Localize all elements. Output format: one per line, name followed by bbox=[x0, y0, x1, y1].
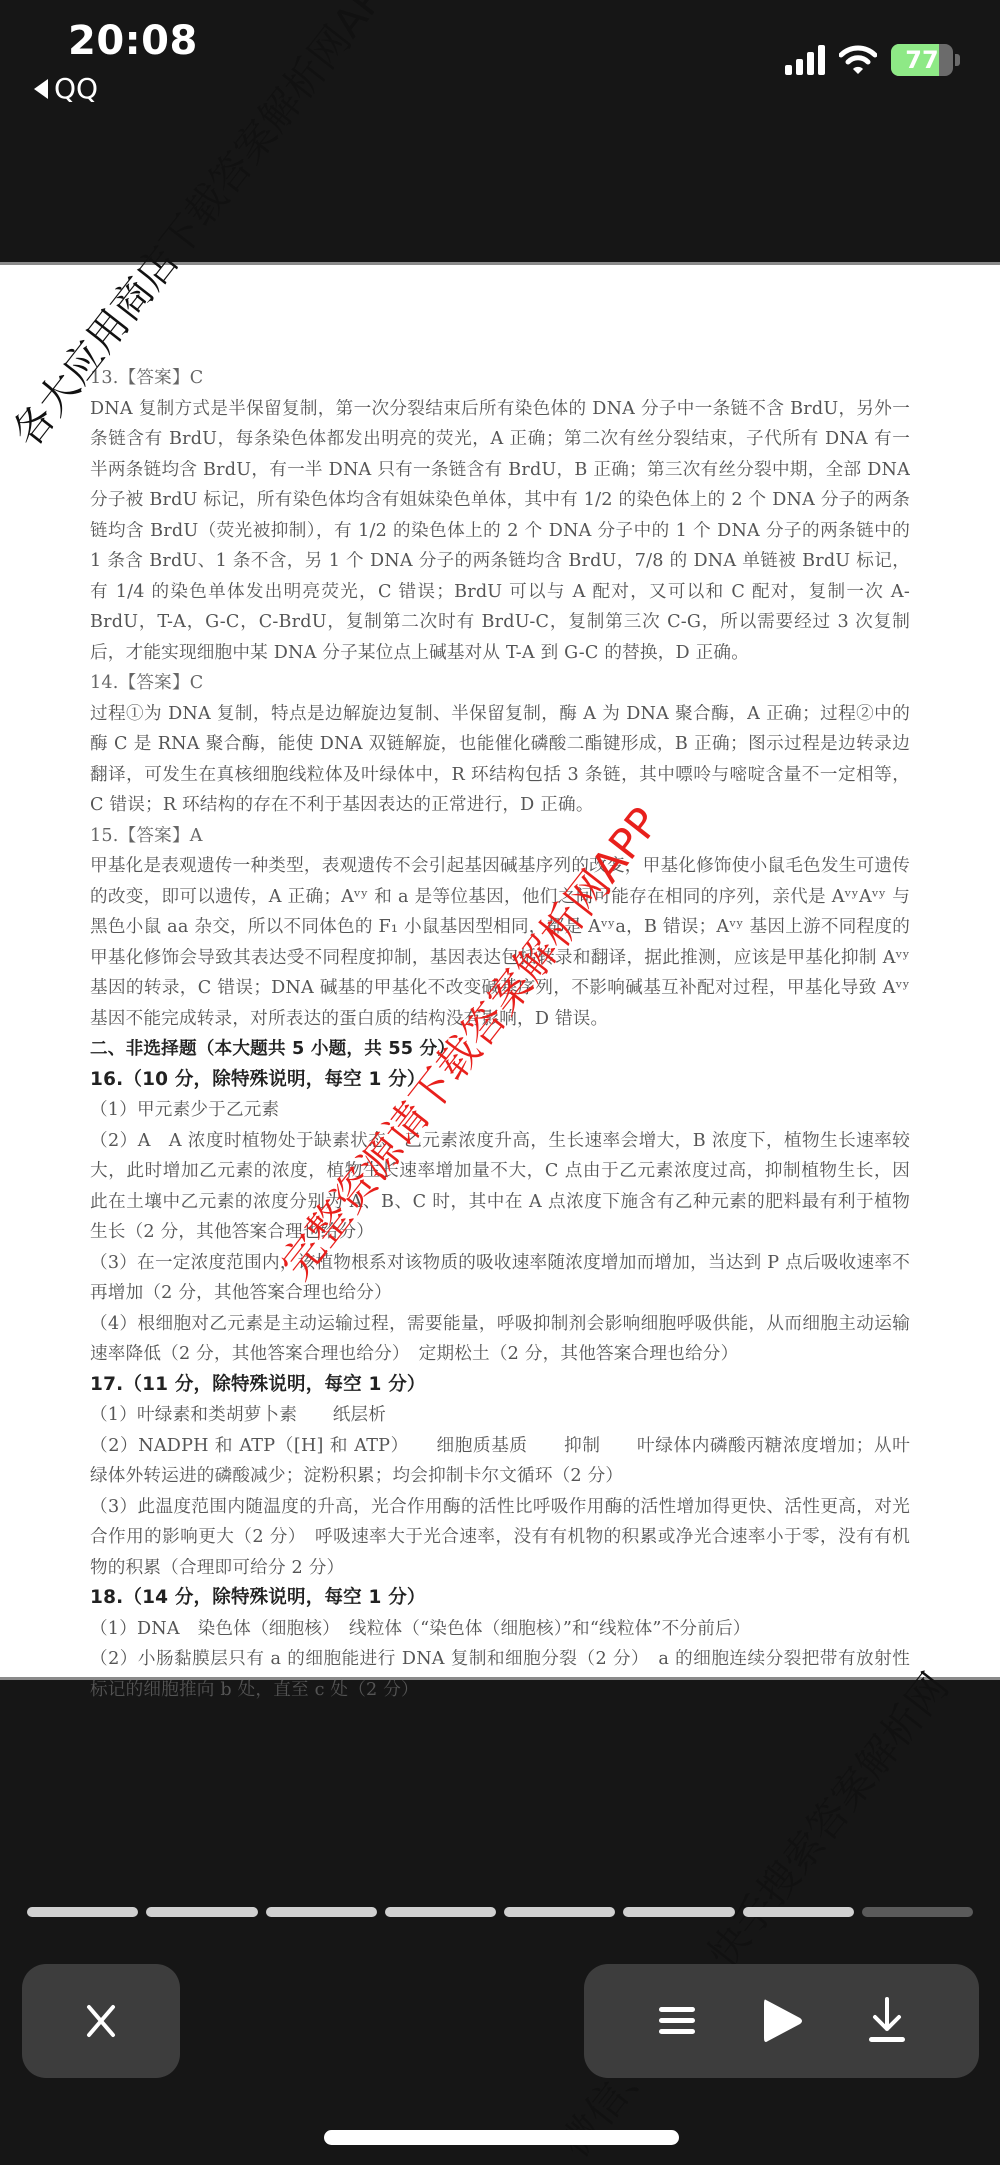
page-indicator-segment[interactable] bbox=[27, 1907, 138, 1917]
clock: 20:08 bbox=[68, 18, 198, 64]
section-head: 二、非选择题（本大题共 5 小题，共 55 分） bbox=[90, 1034, 910, 1065]
paragraph: 过程①为 DNA 复制，特点是边解旋边复制、半保留复制，酶 A 为 DNA 聚合… bbox=[90, 699, 910, 821]
back-arrow-icon bbox=[34, 79, 48, 99]
question-head: 17.（11 分，除特殊说明，每空 1 分） bbox=[90, 1370, 910, 1401]
page-indicator-segment[interactable] bbox=[623, 1907, 734, 1917]
close-button[interactable] bbox=[22, 1964, 180, 2078]
home-indicator[interactable] bbox=[324, 2130, 679, 2145]
cellular-signal-icon bbox=[785, 45, 825, 75]
answer-head: 15.【答案】A bbox=[90, 821, 910, 852]
back-app-label: QQ bbox=[54, 72, 98, 105]
list-icon bbox=[657, 2001, 697, 2041]
battery-tip bbox=[955, 54, 960, 66]
page-indicator-segment[interactable] bbox=[146, 1907, 257, 1917]
question-head: 16.（10 分，除特殊说明，每空 1 分） bbox=[90, 1065, 910, 1096]
document-page[interactable]: 13.【答案】CDNA 复制方式是半保留复制，第一次分裂结束后所有染色体的 DN… bbox=[0, 262, 1000, 1680]
download-icon bbox=[867, 1997, 907, 2045]
page-indicator-segment[interactable] bbox=[862, 1907, 973, 1917]
paragraph: DNA 复制方式是半保留复制，第一次分裂结束后所有染色体的 DNA 分子中一条链… bbox=[90, 394, 910, 669]
answer-head: 13.【答案】C bbox=[90, 363, 910, 394]
paragraph: （4）根细胞对乙元素是主动运输过程，需要能量，呼吸抑制剂会影响细胞呼吸供能，从而… bbox=[90, 1309, 910, 1370]
answer-head: 14.【答案】C bbox=[90, 668, 910, 699]
paragraph: （2）NADPH 和 ATP（[H] 和 ATP） 细胞质基质 抑制 叶绿体内磷… bbox=[90, 1431, 910, 1492]
page-indicator-segment[interactable] bbox=[266, 1907, 377, 1917]
viewer-toolbar bbox=[584, 1964, 979, 2078]
status-bar: 20:08 QQ 77 bbox=[0, 0, 1000, 262]
paragraph: （3）在一定浓度范围内，该植物根系对该物质的吸收速率随浓度增加而增加，当达到 P… bbox=[90, 1248, 910, 1309]
download-button[interactable] bbox=[857, 1991, 917, 2051]
battery-percent: 77 bbox=[891, 46, 953, 74]
page-indicator-segment[interactable] bbox=[743, 1907, 854, 1917]
paragraph: （3）此温度范围内随温度的升高，光合作用酶的活性比呼吸作用酶的活性增加得更快、活… bbox=[90, 1492, 910, 1584]
list-button[interactable] bbox=[647, 1991, 707, 2051]
play-icon bbox=[760, 1996, 804, 2046]
page-indicator bbox=[27, 1907, 973, 1917]
document-content: 13.【答案】CDNA 复制方式是半保留复制，第一次分裂结束后所有染色体的 DN… bbox=[90, 363, 910, 1705]
paragraph: （1）甲元素少于乙元素 bbox=[90, 1095, 910, 1126]
wifi-icon bbox=[839, 45, 877, 75]
paragraph: （2）A A 浓度时植物处于缺素状态，乙元素浓度升高，生长速率会增大，B 浓度下… bbox=[90, 1126, 910, 1248]
page-indicator-segment[interactable] bbox=[504, 1907, 615, 1917]
back-to-app-button[interactable]: QQ bbox=[34, 72, 98, 105]
question-head: 18.（14 分，除特殊说明，每空 1 分） bbox=[90, 1583, 910, 1614]
status-icons: 77 bbox=[785, 44, 960, 76]
page-indicator-segment[interactable] bbox=[385, 1907, 496, 1917]
play-slideshow-button[interactable] bbox=[752, 1991, 812, 2051]
paragraph: 甲基化是表观遗传一种类型，表观遗传不会引起基因碱基序列的改变，甲基化修饰使小鼠毛… bbox=[90, 851, 910, 1034]
paragraph: （2）小肠黏膜层只有 a 的细胞能进行 DNA 复制和细胞分裂（2 分） a 的… bbox=[90, 1644, 910, 1705]
paragraph: （1）叶绿素和类胡萝卜素 纸层析 bbox=[90, 1400, 910, 1431]
close-icon bbox=[81, 2001, 121, 2041]
paragraph: （1）DNA 染色体（细胞核） 线粒体（“染色体（细胞核）”和“线粒体”不分前后… bbox=[90, 1614, 910, 1645]
battery-icon: 77 bbox=[891, 44, 953, 76]
